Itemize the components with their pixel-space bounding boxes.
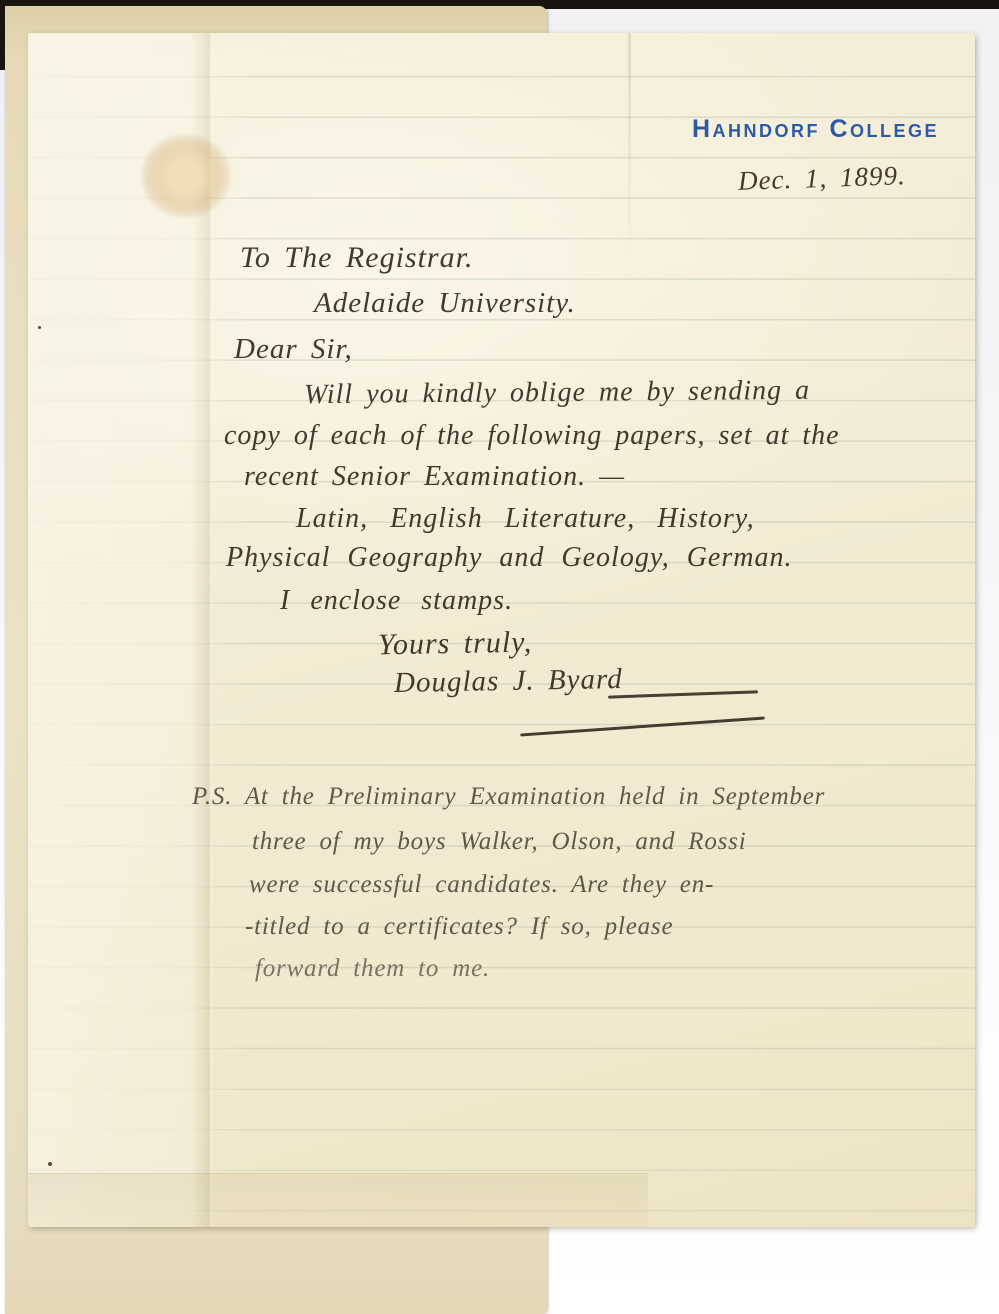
letter-page: Hahndorf College Dec. 1, 1899. To The Re… (28, 33, 975, 1227)
signature-flourish (608, 690, 758, 698)
postscript-line: P.S. At the Preliminary Examination held… (192, 783, 825, 811)
address-line-recipient: To The Registrar. (240, 241, 473, 275)
paper-speck (48, 1162, 52, 1166)
postscript-line: were successful candidates. Are they en- (249, 871, 714, 899)
postscript-line: three of my boys Walker, Olson, and Ross… (252, 828, 746, 856)
paper-speck (38, 326, 41, 329)
body-line: recent Senior Examination. — (244, 461, 625, 493)
faint-top-crease (628, 33, 631, 263)
scanned-letter: Hahndorf College Dec. 1, 1899. To The Re… (0, 0, 999, 1314)
left-fold-shading (28, 33, 209, 1227)
bottom-fold-shading (28, 1173, 648, 1227)
body-line-subjects: Physical Geography and Geology, German. (226, 542, 792, 574)
closing-line: Yours truly, (378, 626, 533, 663)
body-line-subjects: Latin, English Literature, History, (296, 503, 755, 535)
vertical-fold-crease (209, 33, 213, 1227)
paper-stain (140, 133, 232, 219)
postscript-line: -titled to a certificates? If so, please (245, 913, 673, 941)
signature-underline (520, 716, 765, 736)
signature: Douglas J. Byard (394, 663, 623, 700)
letterhead: Hahndorf College (692, 115, 952, 144)
date-line: Dec. 1, 1899. (738, 160, 907, 197)
address-line-institution: Adelaide University. (314, 287, 576, 320)
postscript-line: forward them to me. (255, 955, 490, 983)
body-line: I enclose stamps. (280, 585, 513, 617)
salutation: Dear Sir, (234, 333, 353, 366)
body-line: Will you kindly oblige me by sending a (304, 375, 810, 411)
body-line: copy of each of the following papers, se… (224, 420, 840, 452)
